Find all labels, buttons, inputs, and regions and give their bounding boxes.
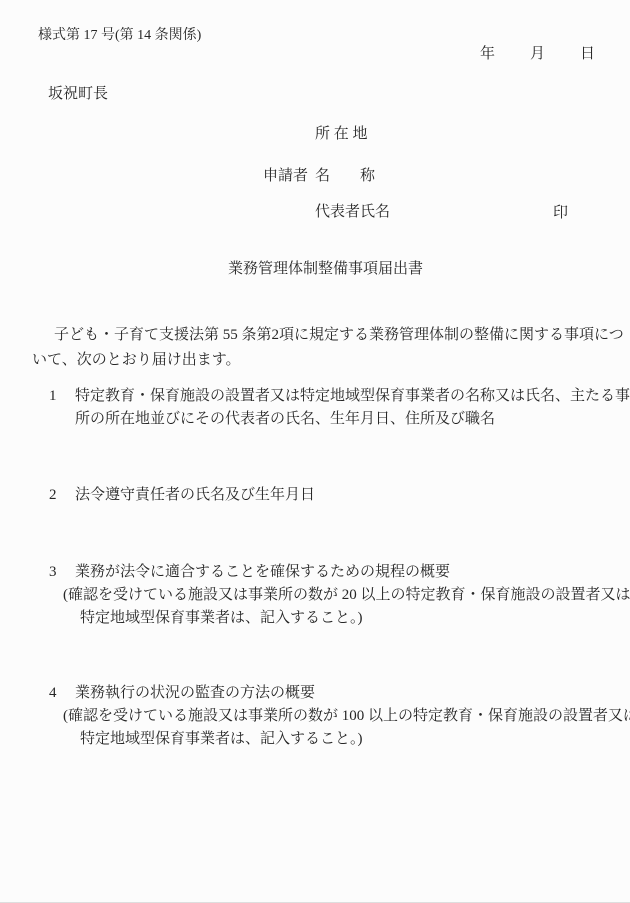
item-1-number: 1 bbox=[49, 385, 57, 408]
list-item-3: 3 業務が法令に適合することを確保するための規程の概要 (確認を受けている施設又… bbox=[0, 561, 630, 630]
document-page: 様式第 17 号(第 14 条関係) 年 月 日 坂祝町長 申請者 所 在 地 … bbox=[0, 0, 630, 903]
item-3-number: 3 bbox=[49, 561, 57, 584]
addressee: 坂祝町長 bbox=[48, 86, 108, 103]
item-3-line-2: (確認を受けている施設又は事業所の数が 20 以上の特定教育・保育施設の設置者又… bbox=[63, 584, 630, 607]
item-4-line-3: 特定地域型保育事業者は、記入すること。) bbox=[80, 728, 630, 751]
document-title: 業務管理体制整備事項届出書 bbox=[228, 261, 423, 278]
item-2-line-1: 法令遵守責任者の氏名及び生年月日 bbox=[75, 484, 630, 507]
item-4-line-1: 業務執行の状況の監査の方法の概要 bbox=[75, 682, 630, 705]
item-1-line-2: 所の所在地並びにその代表者の氏名、生年月日、住所及び職名 bbox=[75, 408, 630, 431]
applicant-address-label: 所 在 地 bbox=[315, 126, 368, 143]
item-2-number: 2 bbox=[49, 484, 57, 507]
item-3-line-1: 業務が法令に適合することを確保するための規程の概要 bbox=[75, 561, 630, 584]
intro-line-2: いて、次のとおり届け出ます。 bbox=[32, 348, 602, 373]
applicant-name-label: 名 称 bbox=[315, 168, 375, 185]
date-month-label: 月 bbox=[530, 46, 545, 63]
form-number: 様式第 17 号(第 14 条関係) bbox=[38, 28, 201, 43]
item-3-line-3: 特定地域型保育事業者は、記入すること。) bbox=[80, 607, 630, 630]
date-day-label: 日 bbox=[580, 46, 595, 63]
seal-mark: 印 bbox=[553, 205, 568, 222]
date-year-label: 年 bbox=[480, 46, 495, 63]
list-item-2: 2 法令遵守責任者の氏名及び生年月日 bbox=[0, 484, 630, 507]
list-item-4: 4 業務執行の状況の監査の方法の概要 (確認を受けている施設又は事業所の数が 1… bbox=[0, 682, 630, 751]
list-item-1: 1 特定教育・保育施設の設置者又は特定地域型保育事業者の名称又は氏名、主たる事務… bbox=[0, 385, 630, 431]
item-4-line-2: (確認を受けている施設又は事業所の数が 100 以上の特定教育・保育施設の設置者… bbox=[63, 705, 630, 728]
intro-line-1: 子ども・子育て支援法第 55 条第2項に規定する業務管理体制の整備に関する事項に… bbox=[32, 323, 602, 348]
item-4-number: 4 bbox=[49, 682, 57, 705]
applicant-label: 申請者 bbox=[263, 168, 308, 185]
applicant-representative-label: 代表者氏名 bbox=[315, 204, 390, 221]
item-1-line-1: 特定教育・保育施設の設置者又は特定地域型保育事業者の名称又は氏名、主たる事務 bbox=[75, 385, 630, 408]
intro-paragraph: 子ども・子育て支援法第 55 条第2項に規定する業務管理体制の整備に関する事項に… bbox=[32, 323, 602, 373]
date-line: 年 月 日 bbox=[480, 46, 595, 63]
